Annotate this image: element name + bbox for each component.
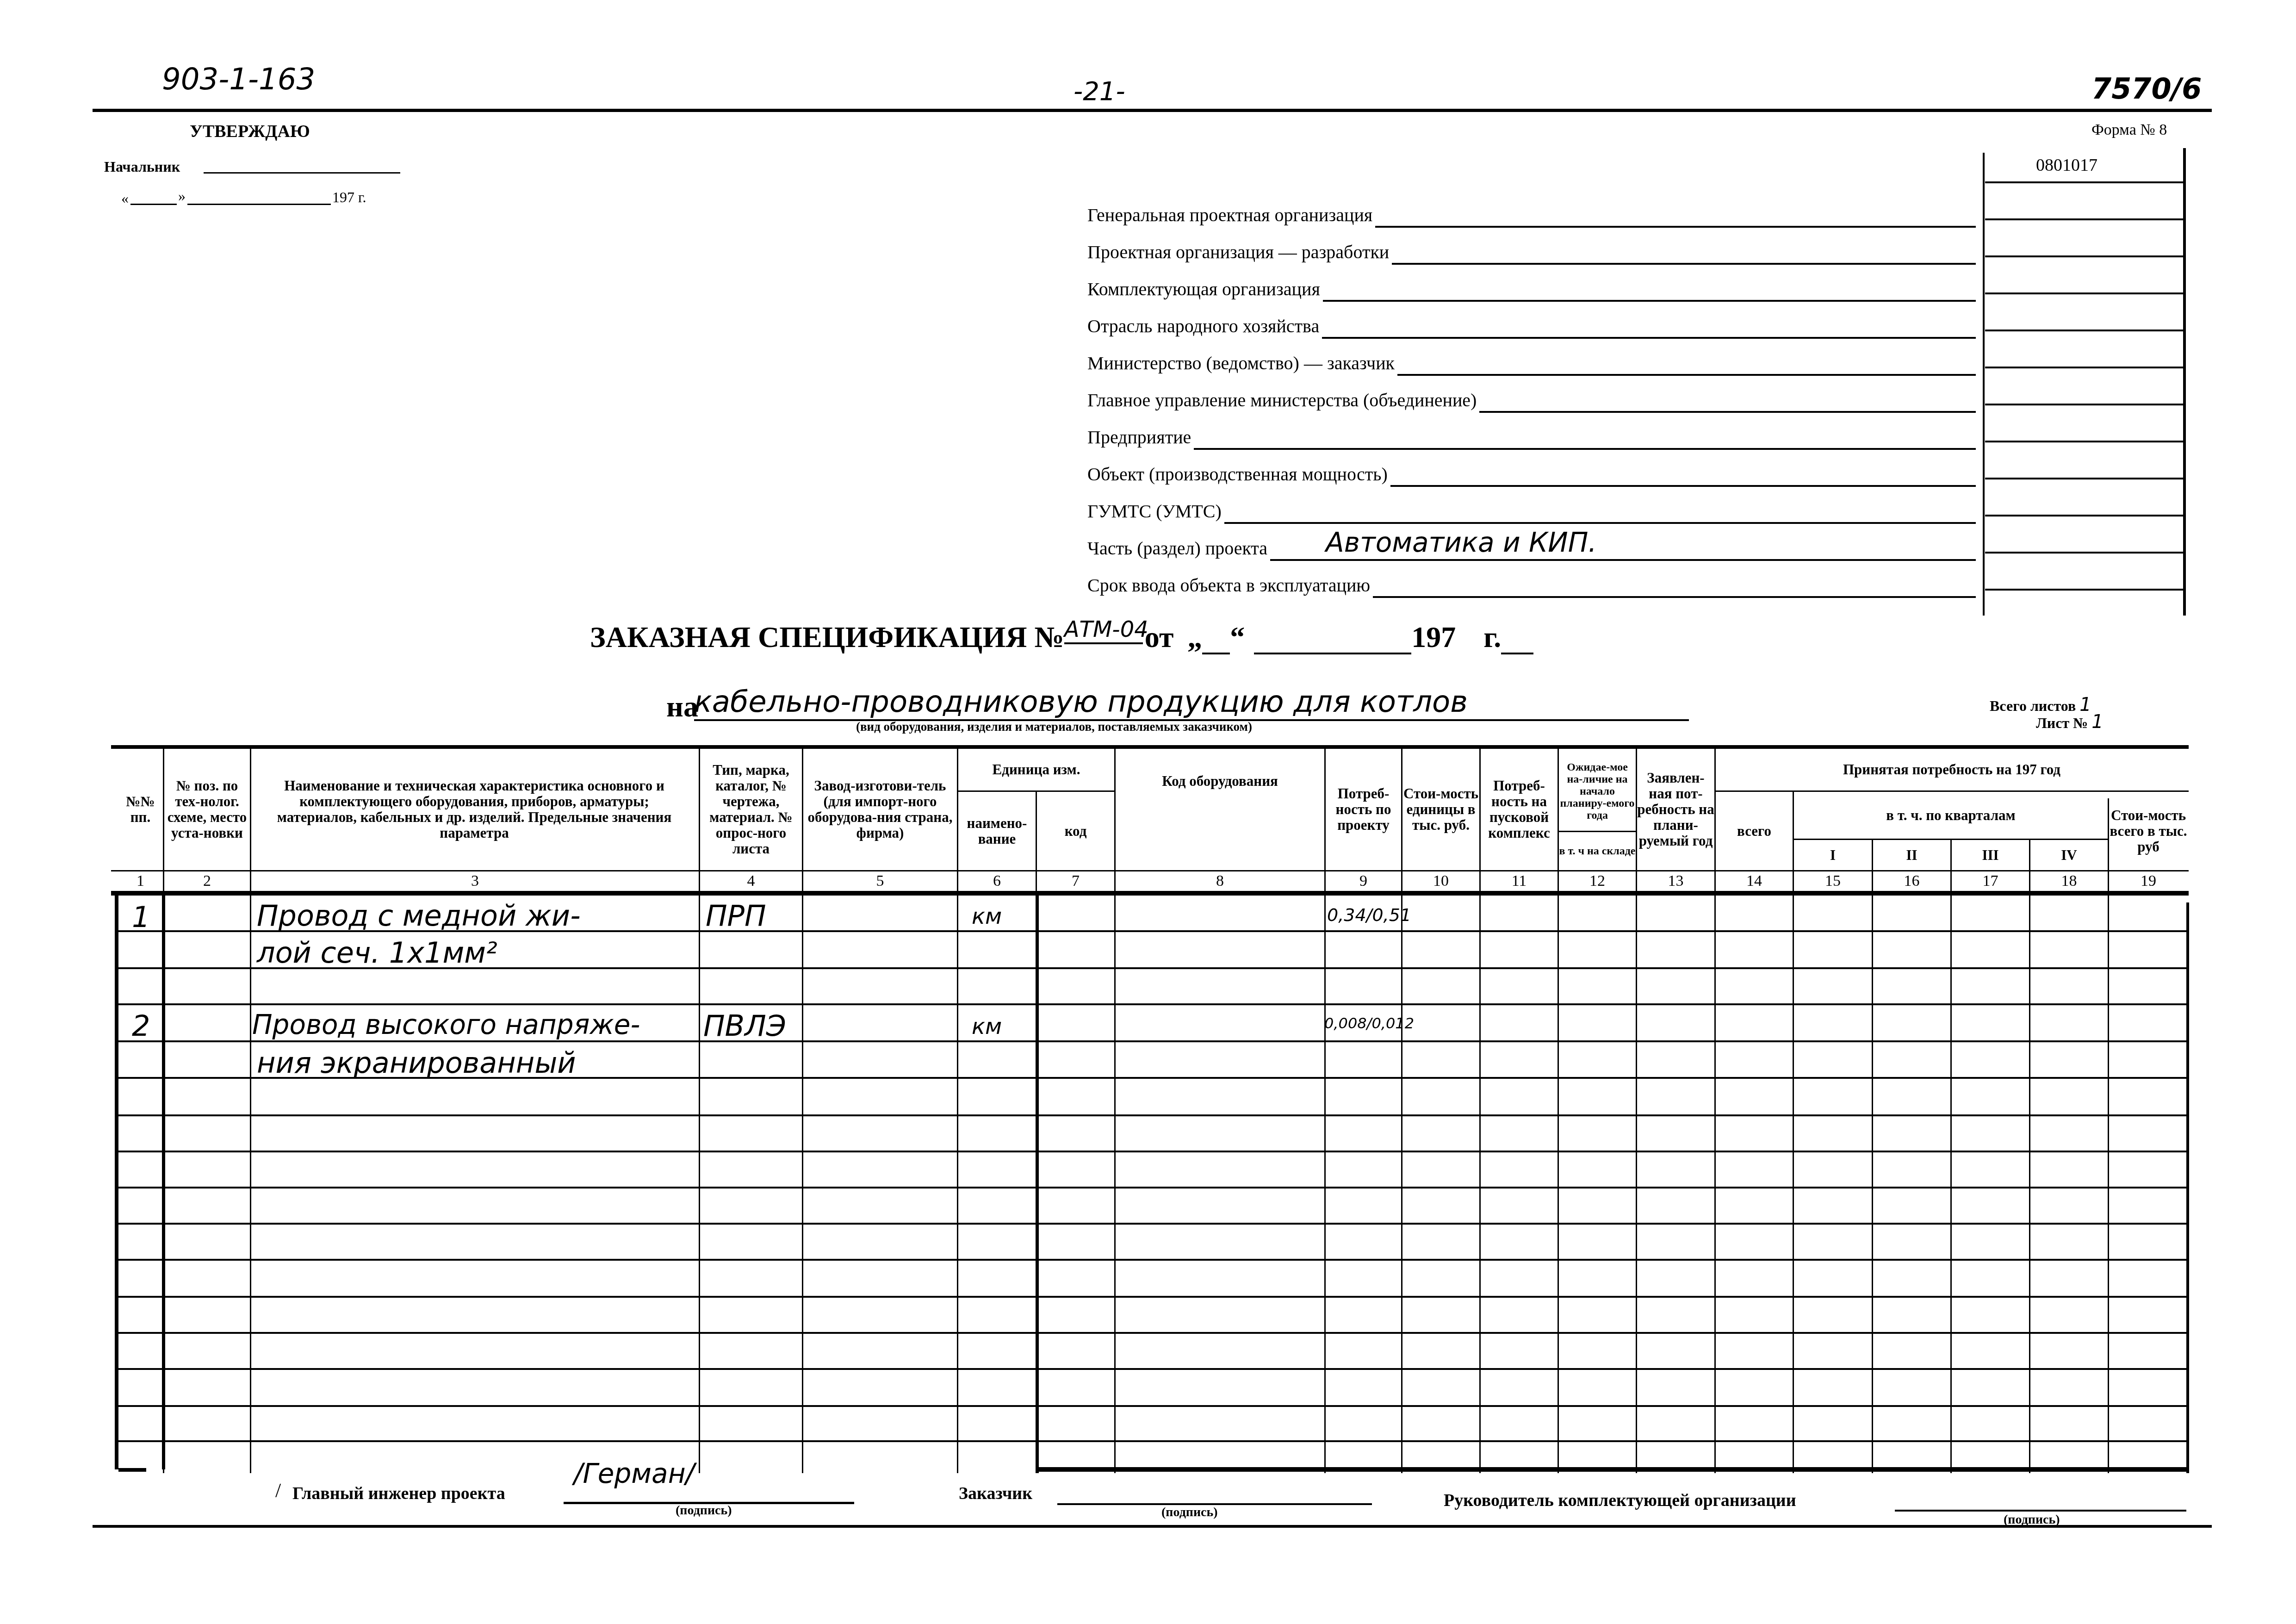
row-rule: [118, 1040, 2187, 1042]
col-divider: [1950, 840, 1952, 1473]
row-rule: [118, 1440, 2187, 1442]
header-equipment-code: Код оборудования: [1116, 749, 1324, 814]
row1-need-project[interactable]: 0,34/0,51: [1327, 905, 1411, 925]
column-number: 4: [700, 872, 802, 891]
header-accepted-group: Принятая потребность на 197 год: [1716, 749, 2188, 790]
meta-input[interactable]: Автоматика и КИП.: [1270, 541, 1976, 561]
table-thick-divider: [1036, 896, 1039, 1473]
chief-signature-line[interactable]: [204, 172, 400, 174]
meta-input[interactable]: [1194, 429, 1976, 450]
column-number: 11: [1481, 872, 1558, 891]
chief-engineer-label: Главный инженер проекта: [292, 1483, 505, 1504]
subject-caption: (вид оборудования, изделия и материалов,…: [856, 720, 1252, 734]
code-cell-divider: [1985, 404, 2184, 405]
header-q3: III: [1952, 840, 2029, 870]
column-number: 2: [164, 872, 250, 891]
code-cell-divider: [1985, 367, 2184, 368]
meta-gumts: ГУМТС (УМТС): [1087, 496, 1976, 524]
row-rule: [118, 1151, 2187, 1152]
meta-general-design-org: Генеральная проектная организация: [1087, 200, 1976, 228]
meta-input[interactable]: [1390, 467, 1976, 487]
column-number-divider: [111, 870, 2189, 871]
meta-developer-org: Проектная организация — разработки: [1087, 237, 1976, 265]
project-part-value: Автоматика и КИП.: [1326, 527, 1597, 558]
table-left-border: [115, 896, 118, 1469]
on-label: на: [666, 690, 698, 724]
date-open-quote: «: [121, 190, 129, 207]
row-rule: [118, 1405, 2187, 1407]
code-cell-divider: [1985, 515, 2184, 516]
header-unit-cost: Стои-мость единицы в тыс. руб.: [1402, 749, 1479, 870]
column-number: 14: [1716, 872, 1793, 891]
customer-label: Заказчик: [959, 1483, 1032, 1504]
meta-input[interactable]: [1397, 355, 1976, 376]
row-rule: [118, 1296, 2187, 1298]
code-cell-divider: [1985, 292, 2184, 294]
approval-year: 197 г.: [332, 189, 366, 206]
bottom-rule: [93, 1525, 2212, 1528]
column-number: 19: [2109, 872, 2188, 891]
header-in-warehouse: в т. ч на складе: [1559, 832, 1636, 870]
meta-input[interactable]: [1322, 318, 1976, 339]
meta-label: Главное управление министерства (объедин…: [1087, 389, 1477, 413]
okud-code: 0801017: [2036, 155, 2097, 175]
row1-number[interactable]: 1: [132, 900, 150, 934]
meta-label: Министерство (ведомство) — заказчик: [1087, 352, 1395, 376]
header-unit-group: Единица изм.: [958, 749, 1114, 790]
date-close-quote: »: [178, 187, 186, 205]
header-unit-name: наимено-вание: [958, 792, 1036, 870]
quote-open: „: [1187, 620, 1202, 654]
meta-input[interactable]: [1392, 244, 1976, 265]
column-number: 9: [1326, 872, 1401, 891]
meta-input[interactable]: [1323, 281, 1976, 302]
header-manufacturer: Завод-изготови-тель (для импорт-ного обо…: [803, 749, 957, 870]
table-left-inner-border: [162, 896, 165, 1469]
row-rule: [118, 1003, 2187, 1005]
code-cell-divider: [1985, 218, 2184, 220]
row2-name-line2[interactable]: ния экранированный: [257, 1046, 576, 1080]
header-q4: IV: [2030, 840, 2108, 870]
header-total-cost: Стои-мость всего в тыс. руб: [2109, 792, 2188, 870]
spec-year: 197: [1411, 620, 1456, 654]
meta-project-part: Часть (раздел) проектаАвтоматика и КИП.: [1087, 533, 1976, 561]
meta-label: Отрасль народного хозяйства: [1087, 315, 1319, 339]
column-number: 6: [958, 872, 1036, 891]
row1-name-line1[interactable]: Провод с медной жи-: [257, 899, 581, 933]
code-cell-divider: [1985, 255, 2184, 257]
col-divider: [2108, 798, 2109, 1473]
column-number: 7: [1037, 872, 1114, 891]
title-trailing-line: [1501, 637, 1533, 654]
customer-signature-caption: (подпись): [1161, 1505, 1218, 1520]
column-number: 18: [2030, 872, 2108, 891]
chief-label: Начальник: [104, 158, 180, 175]
sheet-number-label: Лист № 1: [2036, 711, 2104, 733]
row-rule: [118, 1187, 2187, 1188]
meta-enterprise: Предприятие: [1087, 422, 1976, 450]
header-position: № поз. по тех-нолог. схеме, место уста-н…: [164, 749, 250, 870]
meta-label: Предприятие: [1087, 426, 1191, 450]
meta-label: Комплектующая организация: [1087, 278, 1320, 302]
col-divider: [1114, 749, 1116, 1473]
column-number: 1: [118, 872, 163, 891]
row-rule: [118, 1223, 2187, 1225]
header-unit-code: код: [1037, 792, 1114, 870]
row2-name-line1[interactable]: Провод высокого напряже-: [252, 1009, 640, 1040]
code-cell-divider: [1985, 589, 2184, 591]
row-rule: [118, 1259, 2187, 1261]
row1-type[interactable]: ПРП: [706, 899, 766, 933]
column-number: 13: [1637, 872, 1714, 891]
meta-commissioning-date: Срок ввода объекта в эксплуатацию: [1087, 570, 1976, 598]
header-expected-stock: Ожидае-мое на-личие на начало планиру-ем…: [1559, 752, 1636, 831]
header-declared-need: Заявлен-ная пот-ребность на плани-руемый…: [1637, 749, 1714, 870]
row2-type[interactable]: ПВЛЭ: [703, 1009, 786, 1043]
signature-caption: (подпись): [676, 1503, 732, 1518]
row1-unit-name[interactable]: км: [972, 903, 1002, 929]
sheet-number-value: 1: [2091, 711, 2103, 733]
chief-engineer-signature: /Герман/: [574, 1458, 695, 1489]
left-footer-mark: [118, 1468, 146, 1472]
meta-ministry: Министерство (ведомство) — заказчик: [1087, 348, 1976, 376]
form-number: Форма № 8: [2091, 121, 2167, 139]
supplier-head-signature-line[interactable]: [1895, 1510, 2186, 1512]
meta-supplier-org: Комплектующая организация: [1087, 274, 1976, 302]
spec-number[interactable]: АТМ-04: [1064, 616, 1143, 644]
meta-label: Часть (раздел) проекта: [1087, 537, 1267, 561]
col-divider: [1793, 791, 1794, 1473]
row2-number[interactable]: 2: [132, 1009, 150, 1043]
meta-input[interactable]: [1375, 207, 1976, 228]
row2-need-project[interactable]: 0,008/0,012: [1324, 1014, 1414, 1032]
spec-year-suffix: г.: [1483, 620, 1501, 654]
header-name: Наименование и техническая характеристик…: [259, 749, 689, 870]
col-divider: [250, 749, 251, 1473]
meta-industry: Отрасль народного хозяйства: [1087, 311, 1976, 339]
table-top-border: [111, 745, 2189, 749]
supplier-head-label: Руководитель комплектующей организации: [1444, 1490, 1796, 1511]
spec-title-text: ЗАКАЗНАЯ СПЕЦИФИКАЦИЯ №: [590, 620, 1064, 654]
header-q2: II: [1873, 840, 1950, 870]
meta-input[interactable]: [1224, 504, 1976, 524]
col-divider: [2029, 840, 2030, 1473]
header-type: Тип, марка, каталог, № чертежа, материал…: [700, 749, 802, 870]
meta-main-directorate: Главное управление министерства (объедин…: [1087, 385, 1976, 413]
row1-name-line2[interactable]: лой сеч. 1х1мм²: [257, 936, 497, 970]
col-divider: [1872, 840, 1873, 1473]
date-month-line[interactable]: [187, 204, 331, 205]
header-item-number: №№ пп.: [118, 749, 163, 870]
approval-title: УТВЕРЖДАЮ: [190, 121, 310, 142]
column-number: 3: [251, 872, 699, 891]
column-number: 16: [1873, 872, 1950, 891]
column-number: 12: [1559, 872, 1636, 891]
header-quarters-group: в т. ч. по кварталам: [1794, 792, 2108, 839]
meta-input[interactable]: [1373, 578, 1976, 598]
date-day-line[interactable]: [130, 204, 177, 205]
code-cell-divider: [1985, 181, 2184, 183]
column-number: 5: [803, 872, 957, 891]
meta-label: ГУМТС (УМТС): [1087, 500, 1222, 524]
code-box-left-border: [1983, 153, 1985, 616]
row-rule: [118, 1332, 2187, 1334]
quote-close: “: [1230, 620, 1245, 654]
meta-object: Объект (производственная мощность): [1087, 459, 1976, 487]
page-number: -21-: [1074, 76, 1125, 106]
spec-subject[interactable]: кабельно-проводниковую продукцию для кот…: [694, 685, 1689, 721]
header-q1: I: [1794, 840, 1872, 870]
meta-label: Срок ввода объекта в эксплуатацию: [1087, 574, 1370, 598]
column-number: 8: [1116, 872, 1324, 891]
column-number: 17: [1952, 872, 2029, 891]
spec-title: ЗАКАЗНАЯ СПЕЦИФИКАЦИЯ № АТМ-04 от „ “ 19…: [590, 620, 1533, 654]
column-number: 10: [1402, 872, 1479, 891]
code-cell-divider: [1985, 441, 2184, 442]
table-header-bottom-border: [111, 891, 2189, 896]
table-bottom-border: [1036, 1467, 2189, 1472]
row2-unit-name[interactable]: км: [972, 1014, 1002, 1039]
row-rule: [118, 1114, 2187, 1116]
header-need-project: Потреб-ность по проекту: [1326, 749, 1401, 870]
code-cell-divider: [1985, 330, 2184, 331]
top-rule: [93, 109, 2212, 112]
from-label: от: [1145, 620, 1174, 654]
header-need-launch: Потреб-ность на пусковой комплекс: [1481, 749, 1558, 870]
code-cell-divider: [1985, 478, 2184, 479]
code-cell-divider: [1985, 552, 2184, 554]
signature-slash-mark: /: [275, 1479, 281, 1502]
spec-date-month[interactable]: [1254, 637, 1411, 654]
meta-label: Проектная организация — разработки: [1087, 241, 1389, 265]
column-number: 15: [1794, 872, 1872, 891]
meta-label: Генеральная проектная организация: [1087, 204, 1372, 228]
meta-label: Объект (производственная мощность): [1087, 463, 1388, 487]
spec-date-day[interactable]: [1202, 637, 1230, 654]
header-total: всего: [1716, 792, 1793, 870]
meta-input[interactable]: [1479, 392, 1976, 413]
row-rule: [118, 1368, 2187, 1370]
document-code: 903-1-163: [162, 62, 315, 97]
sheet-reference: 7570/6: [2091, 72, 2202, 106]
